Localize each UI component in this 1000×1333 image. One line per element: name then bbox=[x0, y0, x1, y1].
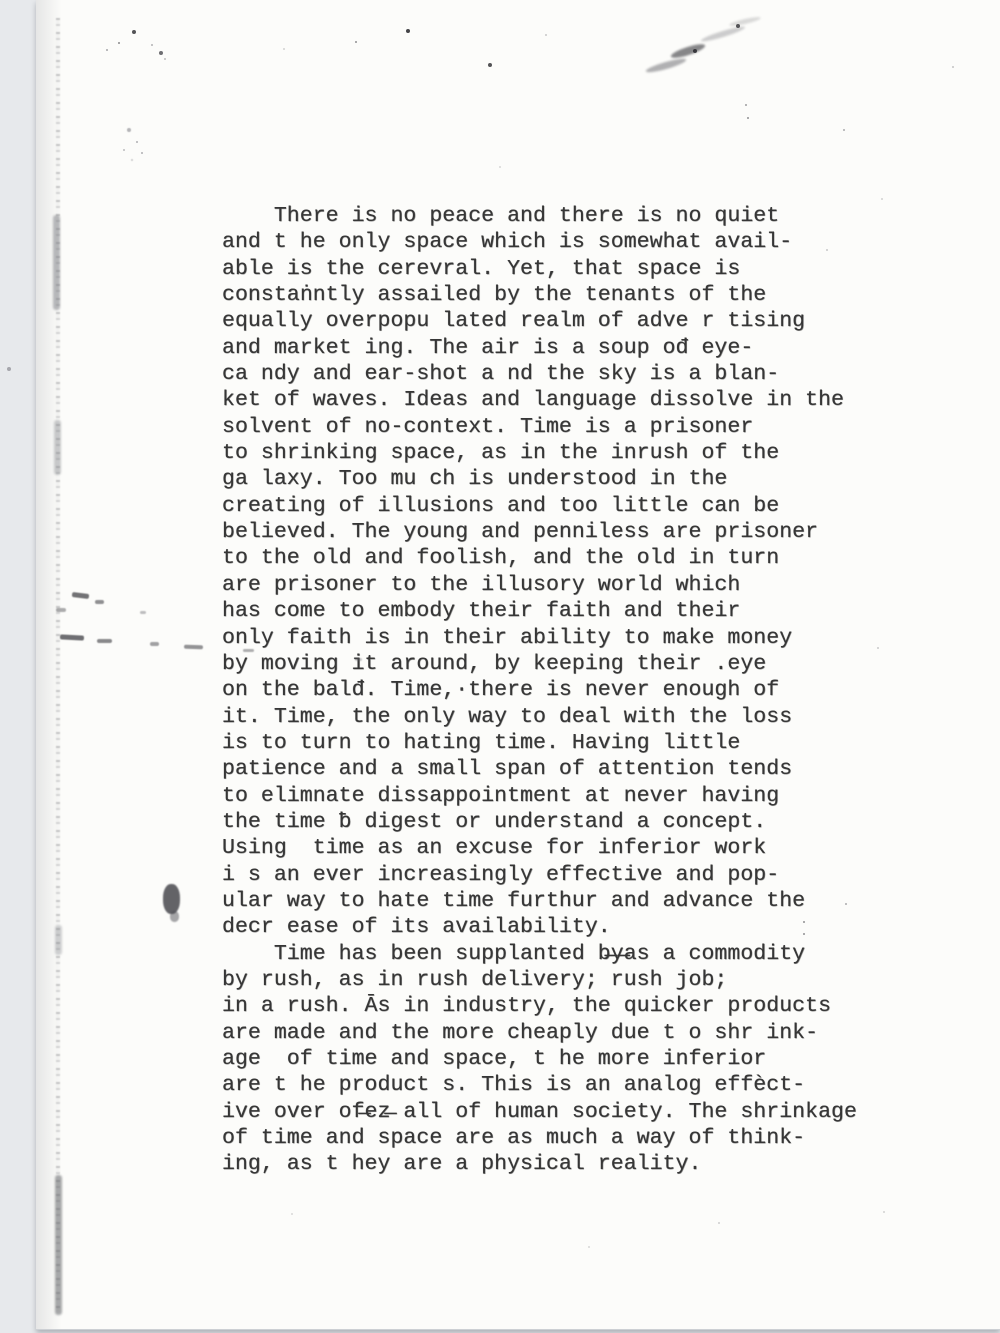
page-fold-smudge bbox=[55, 925, 62, 955]
page-fold-smudge bbox=[54, 420, 61, 475]
typewritten-text: There is no peace and there is no quiet … bbox=[222, 203, 857, 1178]
scan-specks bbox=[0, 0, 2, 2]
margin-dash-mark bbox=[140, 611, 146, 614]
ink-blob bbox=[163, 884, 180, 914]
margin-dash-mark bbox=[184, 645, 203, 650]
margin-dash-mark bbox=[243, 649, 254, 652]
margin-dash-mark bbox=[150, 642, 159, 646]
margin-dash-mark bbox=[355, 658, 362, 661]
margin-dash-mark bbox=[97, 639, 112, 643]
margin-dash-mark bbox=[95, 600, 104, 604]
ink-blob bbox=[170, 911, 179, 922]
page-fold-line bbox=[56, 18, 60, 1312]
margin-dash-mark bbox=[56, 608, 66, 612]
page-fold-smudge bbox=[53, 215, 60, 310]
scan-background: { "colors": { "background": "#e7e9ec", "… bbox=[0, 0, 1000, 1333]
document-page: There is no peace and there is no quiet … bbox=[36, 0, 1000, 1330]
page-fold-smudge bbox=[55, 1175, 62, 1315]
